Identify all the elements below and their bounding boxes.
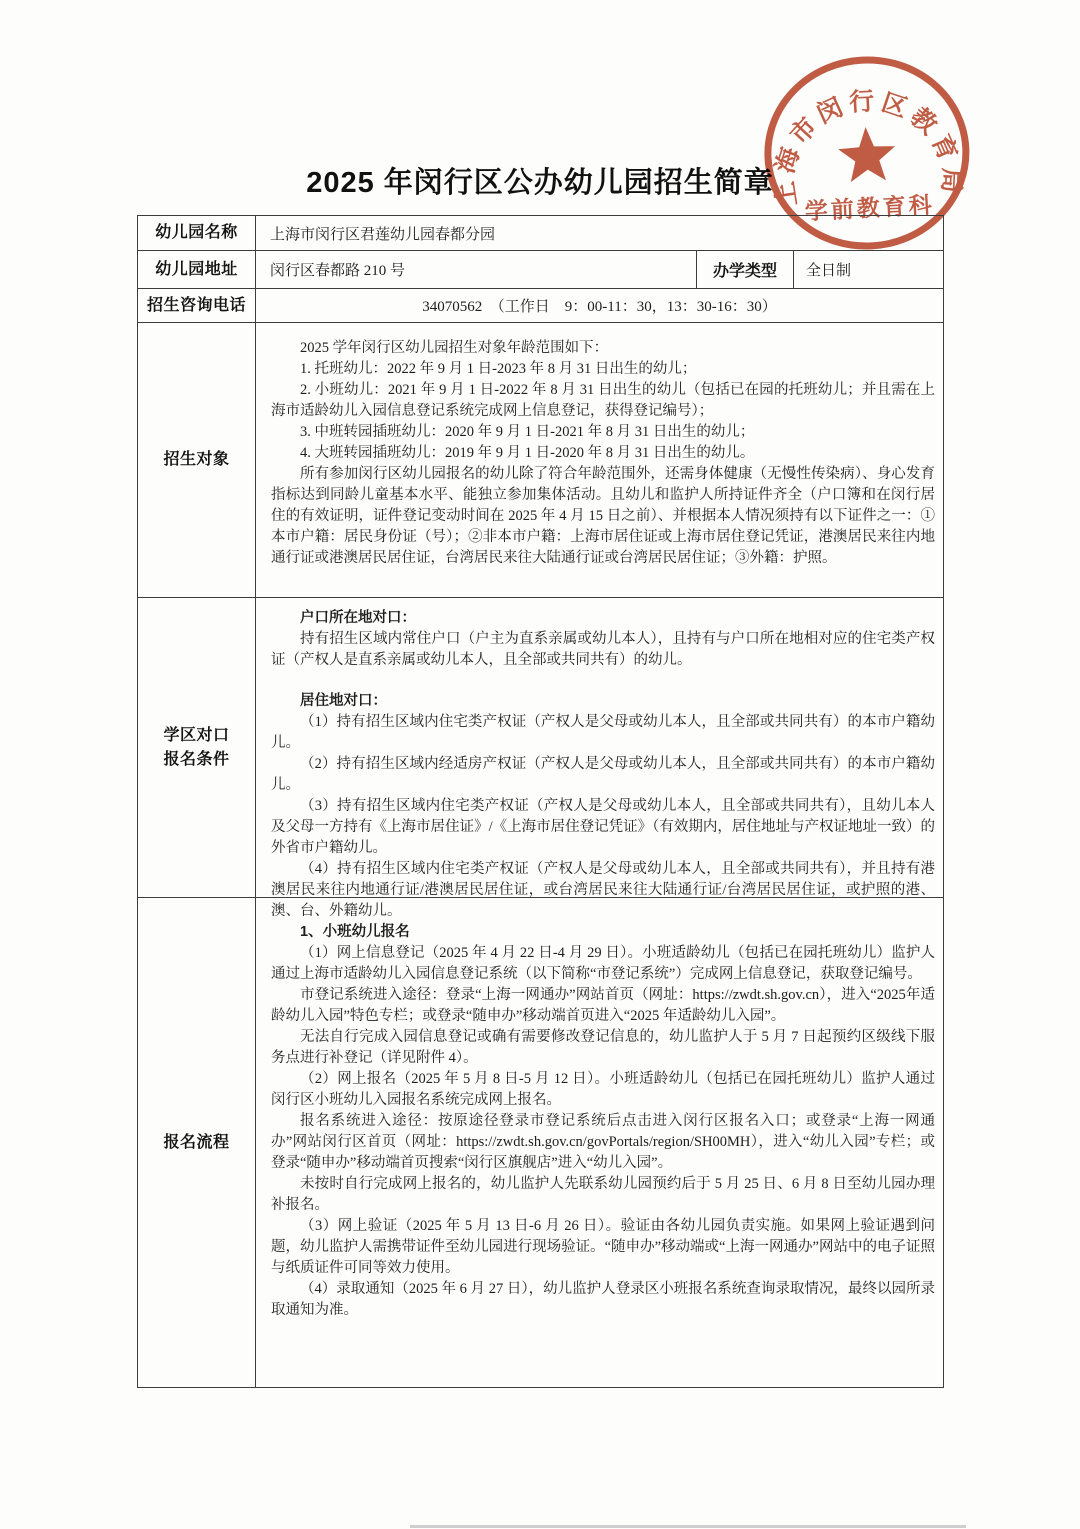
kindergarten-name-value: 上海市闵行区君莲幼儿园春都分园 (256, 216, 943, 250)
admission-targets-text: 2025 学年闵行区幼儿园招生对象年龄范围如下： 1. 托班幼儿：2022 年 … (256, 323, 943, 597)
school-type-label: 办学类型 (696, 251, 793, 288)
enrollment-table: 幼儿园名称 上海市闵行区君莲幼儿园春都分园 幼儿园地址 闵行区春都路 210 号… (137, 215, 944, 1388)
row-application-process: 报名流程 1、小班幼儿报名 （1）网上信息登记（2025 年 4 月 22 日-… (138, 898, 943, 1387)
row-kindergarten-name: 幼儿园名称 上海市闵行区君莲幼儿园春都分园 (138, 216, 943, 251)
paragraph: （2）网上报名（2025 年 5 月 8 日-5 月 12 日）。小班适龄幼儿（… (271, 1069, 935, 1111)
paragraph: 4. 大班转园插班幼儿：2019 年 9 月 1 日-2020 年 8 月 31… (271, 443, 935, 464)
kindergarten-name-label: 幼儿园名称 (138, 216, 256, 250)
paragraph: 2. 小班幼儿：2021 年 9 月 1 日-2022 年 8 月 31 日出生… (271, 380, 935, 422)
paragraph: 报名系统进入途径：按原途径登录市登记系统后点击进入闵行区报名入口；或登录“上海一… (271, 1111, 935, 1174)
phone-value: 34070562 （工作日 9：00-11：30，13：30-16：30） (256, 289, 943, 322)
paragraph: 所有参加闵行区幼儿园报名的幼儿除了符合年龄范围外，还需身体健康（无慢性传染病）、… (271, 464, 935, 569)
district-label-line1: 学区对口 (163, 724, 229, 748)
district-conditions-text: 户口所在地对口： 持有招生区域内常住户口（户主为直系亲属或幼儿本人），且持有与户… (256, 598, 943, 897)
kindergarten-address-label: 幼儿园地址 (138, 251, 256, 288)
kindergarten-address-value: 闵行区春都路 210 号 (256, 251, 696, 288)
district-label-line2: 报名条件 (163, 748, 229, 772)
paragraph: 2025 学年闵行区幼儿园招生对象年龄范围如下： (271, 338, 935, 359)
paragraph: 持有招生区域内常住户口（户主为直系亲属或幼儿本人），且持有与户口所在地相对应的住… (271, 629, 935, 671)
paragraph: （1）网上信息登记（2025 年 4 月 22 日-4 月 29 日）。小班适龄… (271, 943, 935, 985)
next-page-edge (410, 1525, 966, 1528)
phone-label: 招生咨询电话 (138, 289, 256, 322)
paragraph: 未按时自行完成网上报名的，幼儿监护人先联系幼儿园预约后于 5 月 25 日、6 … (271, 1174, 935, 1216)
paragraph: 3. 中班转园插班幼儿：2020 年 9 月 1 日-2021 年 8 月 31… (271, 422, 935, 443)
row-phone: 招生咨询电话 34070562 （工作日 9：00-11：30，13：30-16… (138, 289, 943, 323)
paragraph: 无法自行完成入园信息登记或确有需要修改登记信息的，幼儿监护人于 5 月 7 日起… (271, 1027, 935, 1069)
row-kindergarten-address: 幼儿园地址 闵行区春都路 210 号 办学类型 全日制 (138, 251, 943, 289)
paragraph: （4）录取通知（2025 年 6 月 27 日），幼儿监护人登录区小班报名系统查… (271, 1279, 935, 1321)
page-title: 2025 年闵行区公办幼儿园招生简章 (0, 160, 1080, 201)
row-district-conditions: 学区对口 报名条件 户口所在地对口： 持有招生区域内常住户口（户主为直系亲属或幼… (138, 598, 943, 898)
school-type-value: 全日制 (793, 251, 943, 288)
paragraph: （3）网上验证（2025 年 5 月 13 日-6 月 26 日）。验证由各幼儿… (271, 1216, 935, 1279)
application-process-label: 报名流程 (138, 898, 256, 1387)
application-process-text: 1、小班幼儿报名 （1）网上信息登记（2025 年 4 月 22 日-4 月 2… (256, 898, 943, 1387)
hukou-heading: 户口所在地对口： (271, 608, 935, 629)
paragraph: 1. 托班幼儿：2022 年 9 月 1 日-2023 年 8 月 31 日出生… (271, 359, 935, 380)
admission-targets-label: 招生对象 (138, 323, 256, 597)
paragraph: 市登记系统进入途径：登录“上海一网通办”网站首页（网址：https://zwdt… (271, 985, 935, 1027)
row-admission-targets: 招生对象 2025 学年闵行区幼儿园招生对象年龄范围如下： 1. 托班幼儿：20… (138, 323, 943, 598)
process-heading: 1、小班幼儿报名 (271, 922, 935, 943)
paragraph: （3）持有招生区域内住宅类产权证（产权人是父母或幼儿本人，且全部或共同共有），且… (271, 796, 935, 859)
paragraph: （2）持有招生区域内经适房产权证（产权人是父母或幼儿本人，且全部或共同共有）的本… (271, 754, 935, 796)
residence-heading: 居住地对口： (271, 691, 935, 712)
paragraph: （1）持有招生区域内住宅类产权证（产权人是父母或幼儿本人，且全部或共同共有）的本… (271, 712, 935, 754)
district-conditions-label: 学区对口 报名条件 (138, 598, 256, 897)
